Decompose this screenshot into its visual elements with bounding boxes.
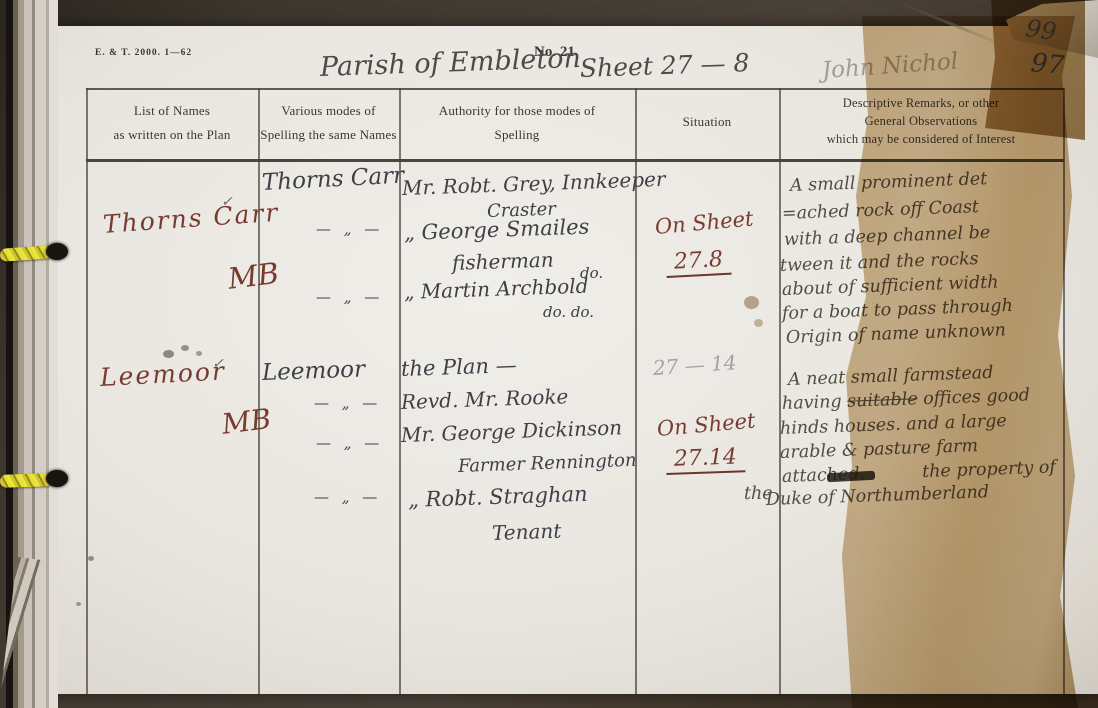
ditto-mark: — „ — (314, 488, 381, 506)
entry2-authority-plan: the Plan — (401, 353, 517, 381)
table-left-rule (86, 88, 88, 694)
col-header-authority-line2: Spelling (399, 127, 635, 143)
name-book-scan: E. & T. 2000. 1—62 No. 21. Parish of Emb… (0, 0, 1098, 708)
ink-stain (76, 602, 81, 606)
binding-hole (46, 243, 68, 260)
col-header-spelling-line1: Various modes of (258, 103, 399, 119)
col-header-names-line2: as written on the Plan (86, 127, 258, 143)
entry1-monogram: MB (226, 256, 281, 296)
ditto-mark: — „ — (316, 220, 383, 238)
entry2-situation-sheetno: 27.14 (666, 444, 746, 475)
remarks-word: having (782, 392, 842, 414)
ink-stain (163, 350, 174, 358)
col-header-authority-line1: Authority for those modes of (399, 103, 635, 119)
col-header-names-line1: List of Names (86, 103, 258, 119)
ditto-do: do. do. (543, 303, 594, 321)
entry1-situation-sheetno: 27.8 (665, 247, 731, 278)
form-code: E. & T. 2000. 1—62 (95, 48, 192, 58)
binding-cord (0, 473, 52, 488)
brown-stain (754, 319, 763, 327)
sheet-script: Sheet 27 — 8 (579, 48, 749, 83)
ink-stain (181, 345, 189, 351)
ink-stain (196, 351, 202, 356)
page-number-crossed: 99 (1024, 14, 1058, 46)
ditto-mark: — „ — (316, 434, 383, 452)
entry1-authority-fisherman: fisherman (452, 247, 554, 275)
table-col4-rule (779, 88, 781, 694)
ditto-mark: — „ — (316, 288, 383, 306)
binding-hole (46, 470, 68, 487)
entry2-monogram: MB (220, 402, 273, 441)
page-number: 97 (1029, 48, 1065, 81)
entry2-spelling-script: Leemoor (262, 356, 366, 386)
table-col1-rule (258, 88, 260, 694)
entry2-authority-tenant: Tenant (492, 519, 562, 545)
ditto-mark: — „ — (314, 394, 381, 412)
col-header-spelling-line2: Spelling the same Names (258, 127, 399, 143)
col-header-situation: Situation (635, 114, 779, 130)
ink-stain (88, 556, 94, 561)
brown-stain (744, 296, 759, 309)
